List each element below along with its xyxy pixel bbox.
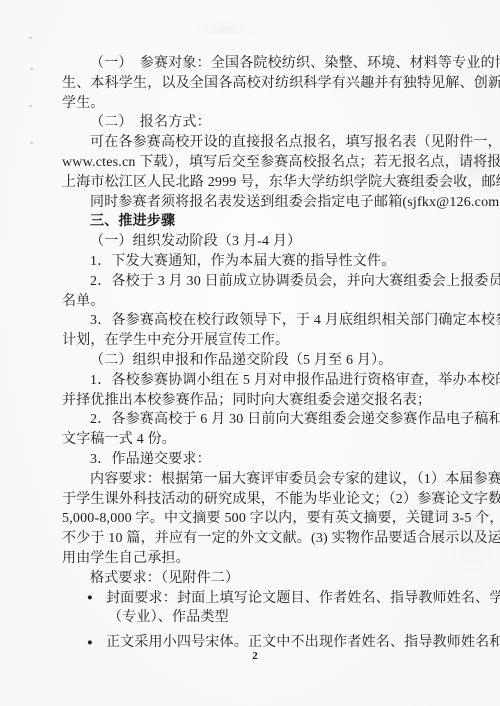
text-line: 文字稿一式 4 份。 (62, 430, 448, 450)
document-content: （一） 参赛对象：全国各院校纺织、染整、环境、材料等专业的博士生、研究生、本科学… (62, 54, 448, 653)
text-line: 1．各校参赛协调小组在 5 月对申报作品进行资格审查，举办本校的竞赛活动， (62, 371, 448, 391)
text-line: 格式要求：（见附件二） (62, 569, 448, 589)
text-line: 用由学生自己承担。 (62, 549, 448, 569)
scan-speck (29, 37, 32, 39)
bullet-icon: ● (87, 589, 93, 609)
scan-speck (30, 68, 33, 70)
text-line: （一） 参赛对象：全国各院校纺织、染整、环境、材料等专业的博士生、研究 (62, 54, 448, 74)
text-line: 计划，在学生中充分开展宣传工作。 (62, 331, 448, 351)
text-line: （一）组织发动阶段（3 月-4 月） (62, 232, 448, 252)
page-number: 2 (62, 650, 448, 662)
text-line: （二） 报名方式： (62, 113, 448, 133)
text-line: 并择优推出本校参赛作品；同时向大赛组委会递交报名表； (62, 391, 448, 411)
text-line: 5,000-8,000 字。中文摘要 500 字以内，要有英文摘要，关键词 3-… (62, 509, 448, 529)
text-line: 不少于 10 篇，并应有一定的外文文献。(3) 实物作品要适合展示以及运输，制作… (62, 529, 448, 549)
text-line: 生、本科学生，以及全国各高校对纺织科学有兴趣并有独特见解、创新思维的广大 (62, 74, 448, 94)
text-line: www.ctes.cn 下载），填写后交至参赛高校报名点；若无报名点，请将报名表… (62, 153, 448, 173)
text-line: 名单。 (62, 292, 448, 312)
text-line: 2．各校于 3 月 30 日前成立协调委员会，并向大赛组委会上报委员会及其联络员 (62, 272, 448, 292)
scan-speck (30, 142, 33, 144)
text-line: 三、推进步骤 (62, 212, 448, 232)
text-line: （专业）、作品类型 (62, 608, 448, 628)
scan-smudge (190, 22, 260, 38)
text-line: （二）组织申报和作品递交阶段（5 月至 6 月）。 (62, 351, 448, 371)
text-line: 学生。 (62, 94, 448, 114)
text-line: 同时参赛者须将报名表发送到组委会指定电子邮箱(sjfkx@126.com)。 (62, 193, 448, 213)
bullet-item-text: 正文采用小四号宋体。正文中不出现作者姓名、指导教师姓名和学校。 (106, 635, 500, 650)
text-line: 于学生课外科技活动的研究成果，不能为毕业论文；（2）参赛论文字数一般限于 (62, 490, 448, 510)
scan-speck (29, 105, 32, 107)
text-line: 1．下发大赛通知，作为本届大赛的指导性文件。 (62, 252, 448, 272)
scanned-document-page: （一） 参赛对象：全国各院校纺织、染整、环境、材料等专业的博士生、研究生、本科学… (0, 0, 500, 706)
text-line: ●封面要求：封面上填写论文题目、作者姓名、指导教师姓名、学校、学科 (62, 589, 448, 609)
bullet-item-text: 封面要求：封面上填写论文题目、作者姓名、指导教师姓名、学校、学科 (106, 591, 500, 606)
text-line: 3．作品递交要求： (62, 450, 448, 470)
text-line: 内容要求：根据第一届大赛评审委员会专家的建议，（1）本届参赛论文内容限 (62, 470, 448, 490)
text-line: 2．各参赛高校于 6 月 30 日前向大赛组委会递交参赛作品电子稿和文字稿，其中 (62, 410, 448, 430)
text-line: 上海市松江区人民北路 2999 号，东华大学纺织学院大赛组委会收，邮编：2016… (62, 173, 448, 193)
text-line: 3．各参赛高校在校行政领导下，于 4 月底组织相关部门确定本校参赛组织实施 (62, 311, 448, 331)
text-line: 可在各参赛高校开设的直接报名点报名，填写报名表（见附件一，或在 (62, 133, 448, 153)
